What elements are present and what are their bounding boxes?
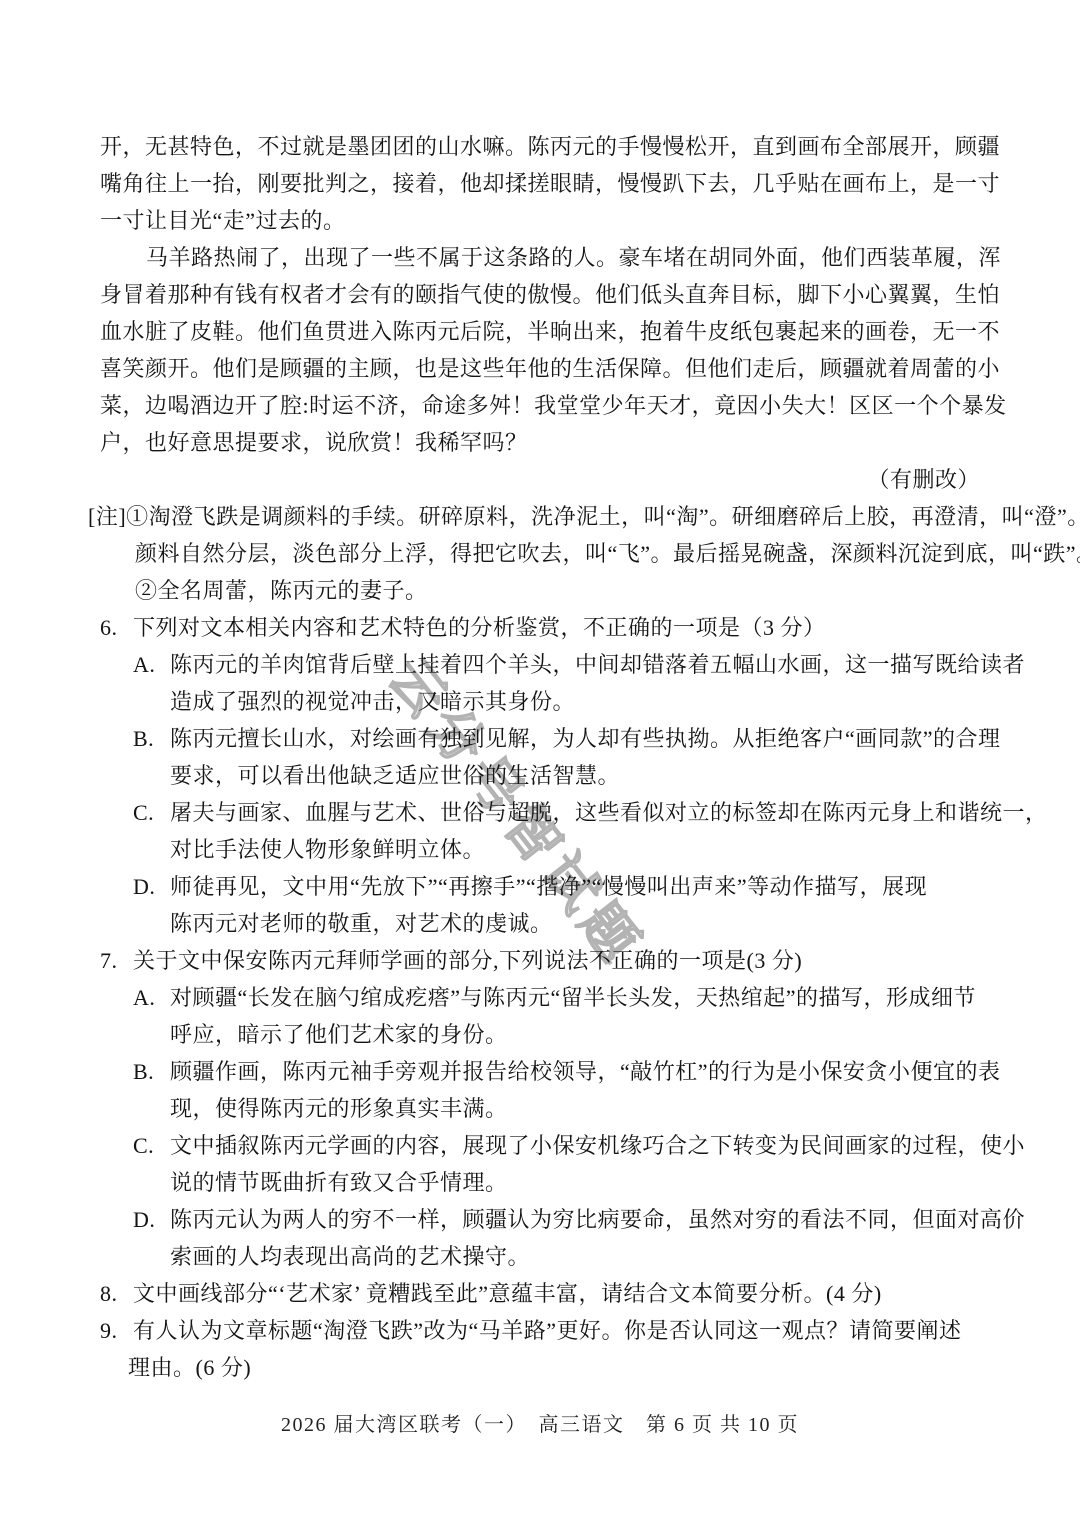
passage-line: 血水脏了皮鞋。他们鱼贯进入陈丙元后院，半晌出来，抱着牛皮纸包裹起来的画卷，无一不 <box>100 313 986 350</box>
option-6D: D. 师徒再见，文中用“先放下”“再擦手”“揩净”“慢慢叫出声来”等动作描写，展… <box>100 868 986 942</box>
option-line: 陈丙元认为两人的穷不一样，顾疆认为穷比病要命，虽然对穷的看法不同，但面对高价 <box>170 1201 1025 1238</box>
passage-line: 马羊路热闹了，出现了一些不属于这条路的人。豪车堵在胡同外面，他们西装革履，浑 <box>100 239 986 276</box>
passage-line: 菜，边喝酒边开了腔:时运不济，命途多舛！我堂堂少年天才，竟因小失大！区区一个个暴… <box>100 387 986 424</box>
option-line: 呼应，暗示了他们艺术家的身份。 <box>170 1016 986 1053</box>
option-line: 对比手法使人物形象鲜明立体。 <box>170 831 1048 868</box>
passage-line: 嘴角往上一抬，刚要批判之，接着，他却揉搓眼睛，慢慢趴下去，几乎贴在画布上，是一寸 <box>100 165 986 202</box>
option-line: 要求，可以看出他缺乏适应世俗的生活智慧。 <box>170 757 1001 794</box>
edited-note: （有删改） <box>100 461 986 498</box>
option-line: 造成了强烈的视觉冲击，又暗示其身份。 <box>170 683 1025 720</box>
option-line: 顾疆作画，陈丙元袖手旁观并报告给校领导，“敲竹杠”的行为是小保安贪小便宜的表 <box>170 1053 1001 1090</box>
option-label: A. <box>133 646 170 720</box>
note-line: 颜料自然分层，淡色部分上浮，得把它吹去，叫“飞”。最后摇晃碗盏，深颜料沉淀到底，… <box>100 535 986 572</box>
question-stem: 有人认为文章标题“淘澄飞跌”改为“马羊路”更好。你是否认同这一观点？请简要阐述 <box>133 1312 986 1349</box>
option-line: 对顾疆“长发在脑勺绾成疙瘩”与陈丙元“留半长头发，天热绾起”的描写，形成细节 <box>170 979 986 1016</box>
question-stem-continuation: 理由。(6 分) <box>100 1349 986 1386</box>
question-number: 7. <box>100 942 133 979</box>
footnotes: [注]①淘澄飞跌是调颜料的手续。研碎原料，洗净泥土，叫“淘”。研细磨碎后上胶，再… <box>100 498 986 609</box>
option-line: 说的情节既曲折有致又合乎情理。 <box>170 1164 1025 1201</box>
option-line: 索画的人均表现出高尚的艺术操守。 <box>170 1238 1025 1275</box>
option-7D: D. 陈丙元认为两人的穷不一样，顾疆认为穷比病要命，虽然对穷的看法不同，但面对高… <box>100 1201 986 1275</box>
question-9: 9. 有人认为文章标题“淘澄飞跌”改为“马羊路”更好。你是否认同这一观点？请简要… <box>100 1312 986 1386</box>
passage-line: 喜笑颜开。他们是顾疆的主顾，也是这些年他的生活保障。但他们走后，顾疆就着周蕾的小 <box>100 350 986 387</box>
passage-paragraph-1: 开，无甚特色，不过就是墨团团的山水嘛。陈丙元的手慢慢松开，直到画布全部展开，顾疆… <box>100 128 986 239</box>
option-line: 师徒再见，文中用“先放下”“再擦手”“揩净”“慢慢叫出声来”等动作描写，展现 <box>170 868 986 905</box>
option-line: 屠夫与画家、血腥与艺术、世俗与超脱，这些看似对立的标签却在陈丙元身上和谐统一， <box>170 794 1048 831</box>
question-number: 6. <box>100 609 133 646</box>
option-line: 陈丙元擅长山水，对绘画有独到见解，为人却有些执拗。从拒绝客户“画同款”的合理 <box>170 720 1001 757</box>
exam-page: 开，无甚特色，不过就是墨团团的山水嘛。陈丙元的手慢慢松开，直到画布全部展开，顾疆… <box>0 0 1080 1527</box>
question-7: 7. 关于文中保安陈丙元拜师学画的部分,下列说法不正确的一项是(3 分) A. … <box>100 942 986 1275</box>
option-7C: C. 文中插叙陈丙元学画的内容，展现了小保安机缘巧合之下转变为民间画家的过程，使… <box>100 1127 986 1201</box>
question-stem: 关于文中保安陈丙元拜师学画的部分,下列说法不正确的一项是(3 分) <box>133 942 986 979</box>
question-number: 8. <box>100 1275 133 1312</box>
question-stem: 下列对文本相关内容和艺术特色的分析鉴赏，不正确的一项是（3 分） <box>133 609 986 646</box>
question-number: 9. <box>100 1312 133 1349</box>
question-8: 8. 文中画线部分“‘艺术家’ 竟糟践至此”意蕴丰富，请结合文本简要分析。(4 … <box>100 1275 986 1312</box>
passage-line: 户，也好意思提要求，说欣赏！我稀罕吗？ <box>100 424 986 461</box>
option-label: A. <box>133 979 170 1053</box>
page-footer: 2026 届大湾区联考（一） 高三语文 第 6 页 共 10 页 <box>0 1408 1080 1437</box>
option-7A: A. 对顾疆“长发在脑勺绾成疙瘩”与陈丙元“留半长头发，天热绾起”的描写，形成细… <box>100 979 986 1053</box>
option-6C: C. 屠夫与画家、血腥与艺术、世俗与超脱，这些看似对立的标签却在陈丙元身上和谐统… <box>100 794 986 868</box>
passage-line: 开，无甚特色，不过就是墨团团的山水嘛。陈丙元的手慢慢松开，直到画布全部展开，顾疆 <box>100 128 986 165</box>
option-6A: A. 陈丙元的羊肉馆背后壁上挂着四个羊头，中间却错落着五幅山水画，这一描写既给读… <box>100 646 986 720</box>
option-label: C. <box>133 794 170 868</box>
option-6B: B. 陈丙元擅长山水，对绘画有独到见解，为人却有些执拗。从拒绝客户“画同款”的合… <box>100 720 986 794</box>
option-label: D. <box>133 1201 170 1275</box>
option-label: B. <box>133 720 170 794</box>
option-label: C. <box>133 1127 170 1201</box>
option-7B: B. 顾疆作画，陈丙元袖手旁观并报告给校领导，“敲竹杠”的行为是小保安贪小便宜的… <box>100 1053 986 1127</box>
passage-paragraph-2: 马羊路热闹了，出现了一些不属于这条路的人。豪车堵在胡同外面，他们西装革履，浑 身… <box>100 239 986 461</box>
passage-line: 一寸让目光“走”过去的。 <box>100 202 986 239</box>
option-line: 文中插叙陈丙元学画的内容，展现了小保安机缘巧合之下转变为民间画家的过程，使小 <box>170 1127 1025 1164</box>
option-line: 陈丙元的羊肉馆背后壁上挂着四个羊头，中间却错落着五幅山水画，这一描写既给读者 <box>170 646 1025 683</box>
option-line: 陈丙元对老师的敬重，对艺术的虔诚。 <box>170 905 986 942</box>
option-label: D. <box>133 868 170 942</box>
note-line: ②全名周蕾，陈丙元的妻子。 <box>100 572 986 609</box>
question-6: 6. 下列对文本相关内容和艺术特色的分析鉴赏，不正确的一项是（3 分） A. 陈… <box>100 609 986 942</box>
option-label: B. <box>133 1053 170 1127</box>
question-stem: 文中画线部分“‘艺术家’ 竟糟践至此”意蕴丰富，请结合文本简要分析。(4 分) <box>133 1275 986 1312</box>
passage-line: 身冒着那种有钱有权者才会有的颐指气使的傲慢。他们低头直奔目标，脚下小心翼翼，生怕 <box>100 276 986 313</box>
note-line: [注]①淘澄飞跌是调颜料的手续。研碎原料，洗净泥土，叫“淘”。研细磨碎后上胶，再… <box>88 498 986 535</box>
option-line: 现，使得陈丙元的形象真实丰满。 <box>170 1090 1001 1127</box>
